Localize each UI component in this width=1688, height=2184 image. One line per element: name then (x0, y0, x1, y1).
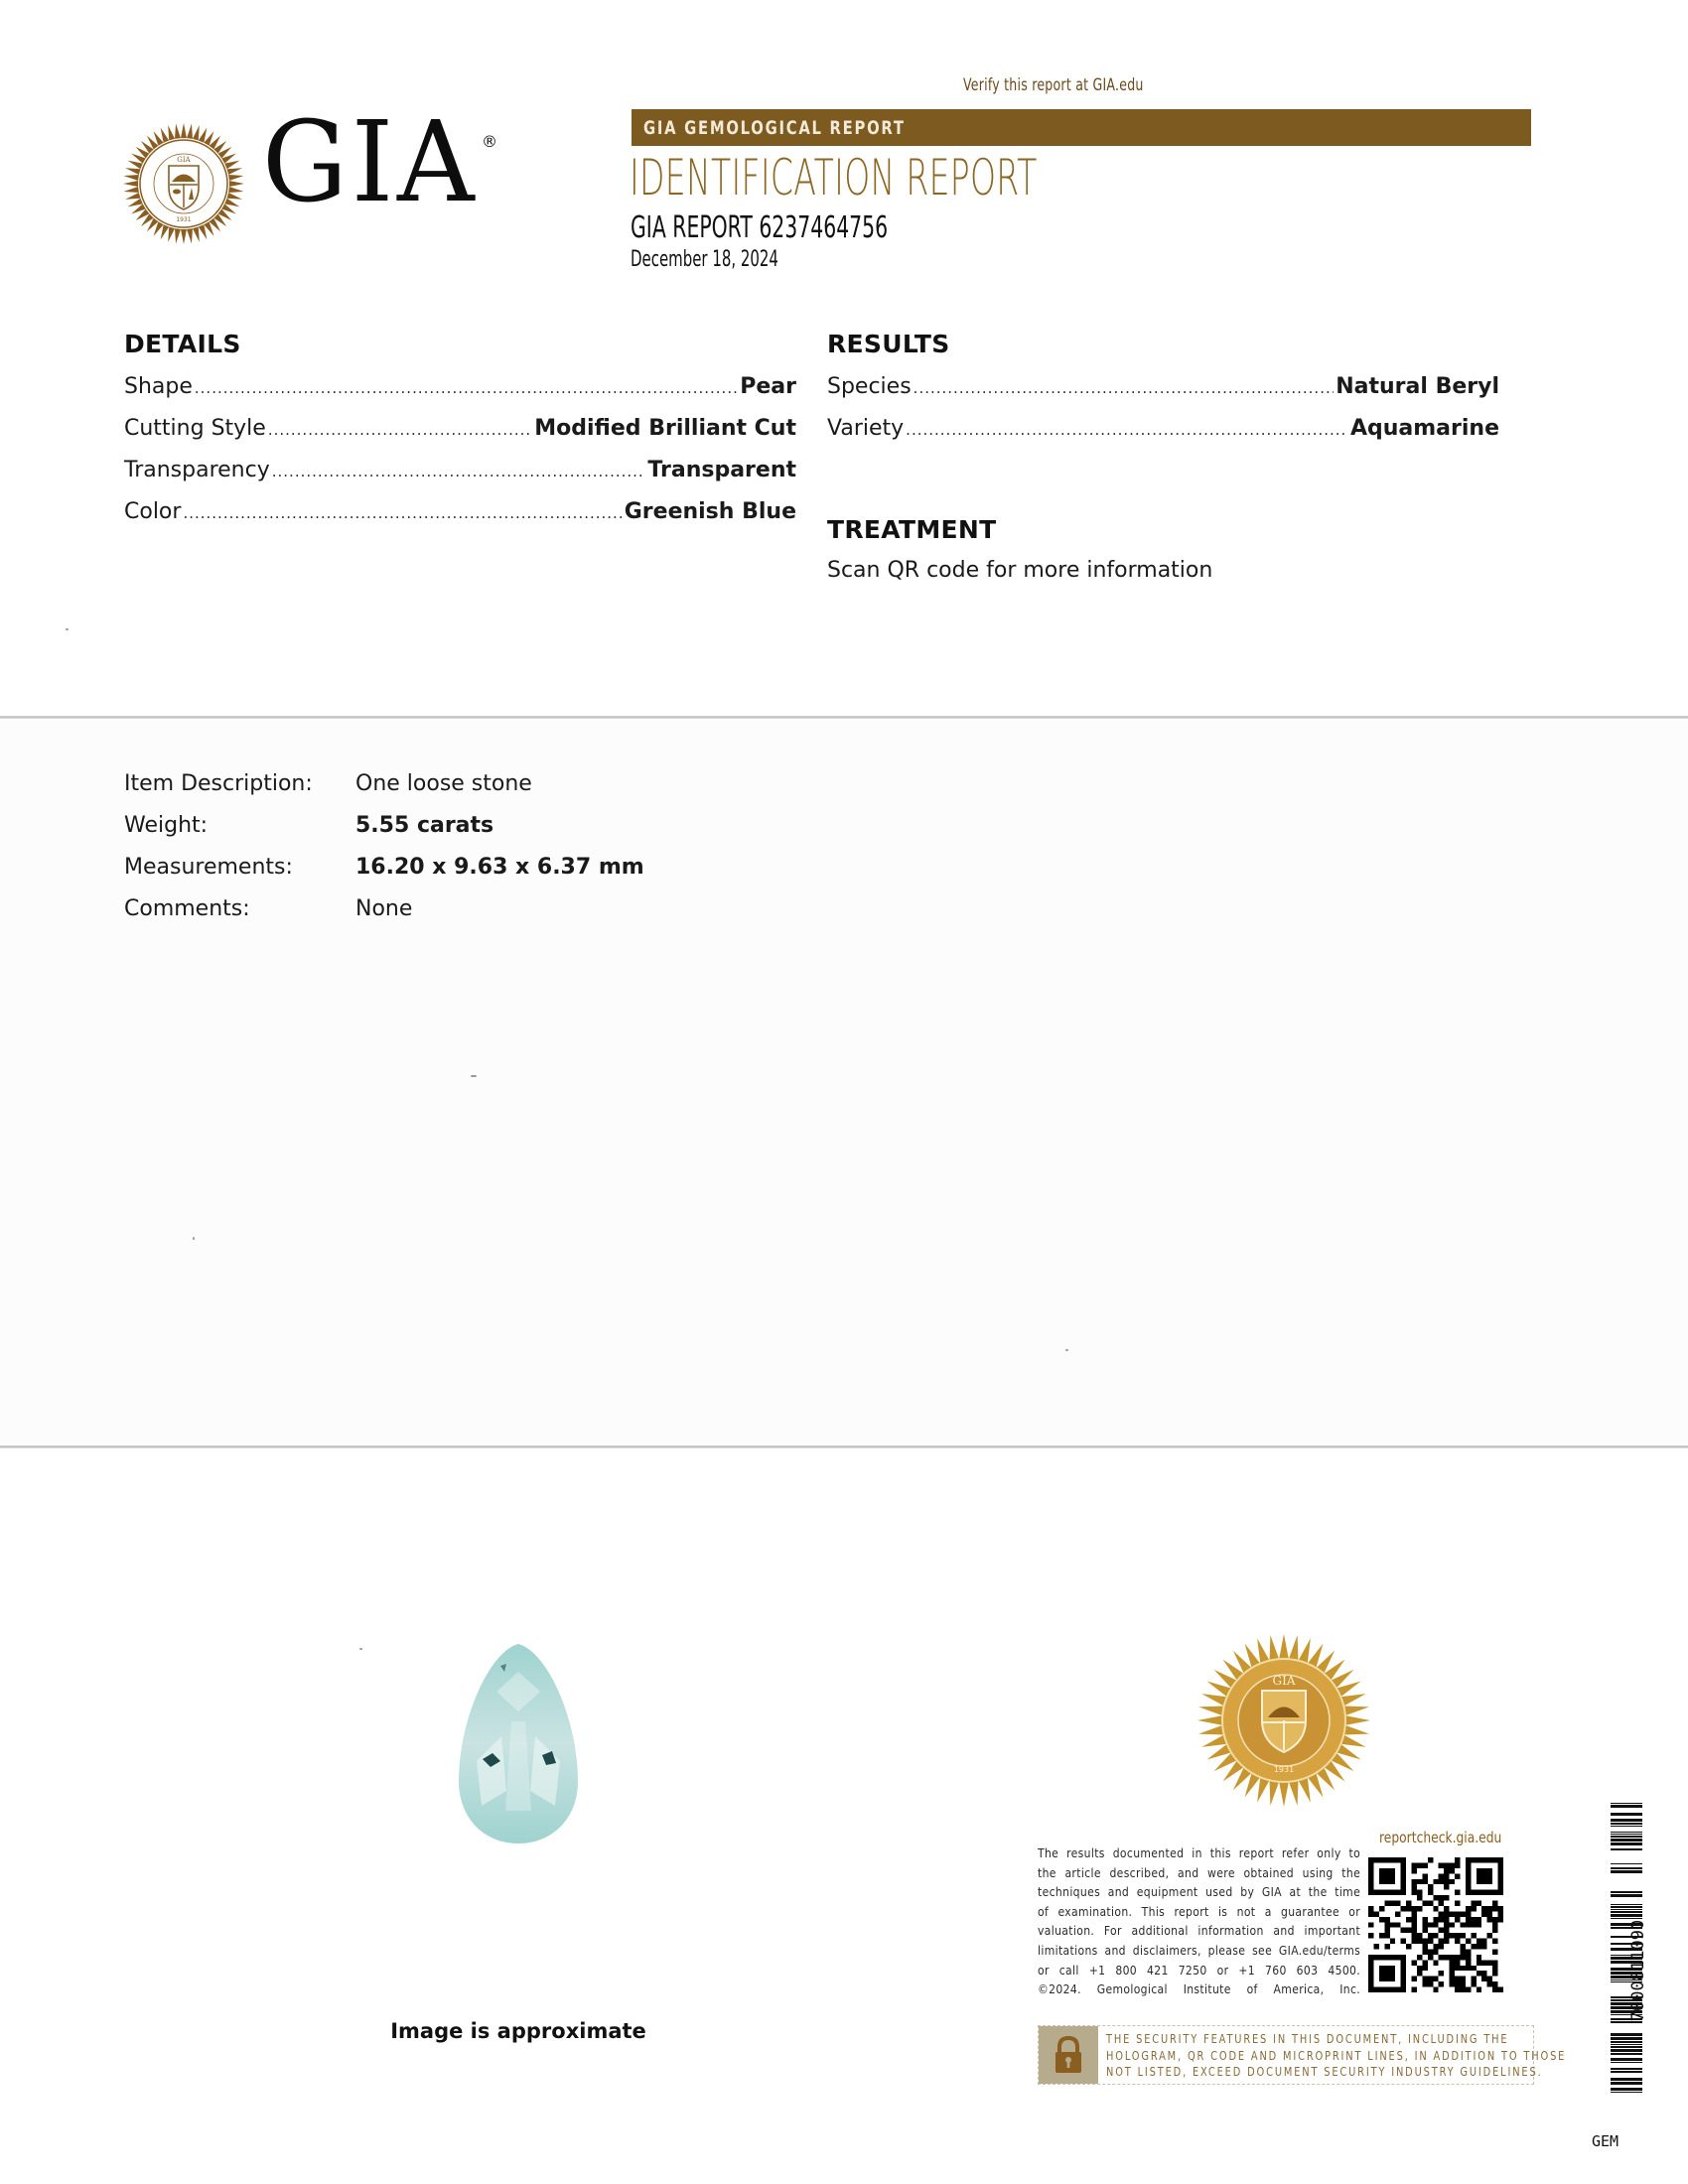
qr-code[interactable] (1368, 1854, 1503, 1995)
legal-line: techniques and equipment used by GIA at … (1038, 1882, 1360, 1902)
item-info-row: Comments:None (124, 896, 412, 921)
field-row-species: Species.................................… (827, 374, 1499, 399)
field-row-cutting-style: Cutting Style...........................… (124, 416, 796, 441)
svg-text:GIA: GIA (1273, 1674, 1296, 1688)
field-row-color: Color...................................… (124, 499, 796, 524)
field-row-variety: Variety.................................… (827, 416, 1499, 441)
dot-leader: ........................................… (914, 379, 1335, 397)
image-caption: Image is approximate (369, 2019, 667, 2043)
fold-line-bottom (0, 1445, 1688, 1448)
security-text: THE SECURITY FEATURES IN THIS DOCUMENT, … (1106, 2031, 1566, 2081)
gemstone-image (457, 1642, 580, 1845)
legal-line: ©2024. Gemological Institute of America,… (1038, 1979, 1360, 1999)
lock-icon-container (1039, 2026, 1098, 2084)
svg-text:GIA: GIA (177, 156, 191, 164)
item-info-label: Comments: (124, 896, 355, 921)
legal-line: or call +1 800 421 7250 or +1 760 603 45… (1038, 1961, 1360, 1980)
paper-speck (471, 1075, 477, 1077)
item-info-label: Item Description: (124, 771, 355, 796)
svg-text:1931: 1931 (176, 216, 191, 223)
dot-leader: ........................................… (906, 421, 1348, 439)
security-line: THE SECURITY FEATURES IN THIS DOCUMENT, … (1106, 2031, 1566, 2048)
treatment-heading: TREATMENT (827, 515, 996, 544)
item-info-row: Measurements:16.20 x 9.63 x 6.37 mm (124, 855, 644, 880)
legal-line: limitations and disclaimers, please see … (1038, 1941, 1360, 1961)
report-banner: GIA GEMOLOGICAL REPORT (632, 109, 1531, 146)
field-value: Greenish Blue (625, 499, 796, 524)
svg-text:1931: 1931 (1274, 1765, 1294, 1774)
field-label: Transparency (124, 458, 270, 482)
item-info-value: 5.55 carats (355, 813, 493, 838)
barcode-number: 7000811090 (1628, 1911, 1648, 2030)
security-line: NOT LISTED, EXCEED DOCUMENT SECURITY IND… (1106, 2064, 1566, 2081)
field-value: Transparent (647, 458, 796, 482)
reportcheck-link[interactable]: reportcheck.gia.edu (1379, 1829, 1501, 1846)
paper-speck (1065, 1349, 1068, 1351)
security-line: HOLOGRAM, QR CODE AND MICROPRINT LINES, … (1106, 2048, 1566, 2065)
results-heading: RESULTS (827, 330, 950, 358)
dot-leader: ........................................… (268, 421, 532, 439)
field-value: Modified Brilliant Cut (534, 416, 796, 441)
field-value: Aquamarine (1350, 416, 1499, 441)
item-info-label: Weight: (124, 813, 355, 838)
gia-wordmark: GIA (262, 107, 479, 218)
report-title: IDENTIFICATION REPORT (630, 149, 1038, 206)
item-info-row: Weight:5.55 carats (124, 813, 493, 838)
registered-mark: ® (482, 132, 497, 151)
legal-disclaimer: The results documented in this report re… (1038, 1843, 1360, 1999)
dot-leader: ........................................… (195, 379, 738, 397)
legal-line: of examination. This report is not a gua… (1038, 1902, 1360, 1922)
field-label: Variety (827, 416, 904, 441)
legal-line: valuation. For additional information an… (1038, 1921, 1360, 1941)
lock-icon (1039, 2026, 1098, 2084)
field-label: Shape (124, 374, 193, 399)
fold-line-top (0, 716, 1688, 719)
dot-leader: ........................................… (272, 463, 646, 480)
field-row-shape: Shape...................................… (124, 374, 796, 399)
verify-link[interactable]: Verify this report at GIA.edu (963, 75, 1144, 95)
gia-seal-logo-icon: GIA 1931 (122, 122, 245, 245)
field-label: Cutting Style (124, 416, 266, 441)
gia-seal-hologram-icon: GIA 1931 (1196, 1633, 1371, 1808)
item-info-value: One loose stone (355, 771, 532, 796)
legal-line: the article described, and were obtained… (1038, 1863, 1360, 1883)
treatment-text: Scan QR code for more information (827, 558, 1212, 583)
field-value: Pear (740, 374, 796, 399)
paper-speck (193, 1237, 195, 1240)
item-info-row: Item Description:One loose stone (124, 771, 532, 796)
field-value: Natural Beryl (1336, 374, 1499, 399)
banner-label: GIA GEMOLOGICAL REPORT (643, 117, 906, 139)
paper-speck (66, 628, 69, 630)
item-info-value: None (355, 896, 412, 921)
field-row-transparency: Transparency............................… (124, 458, 796, 482)
details-heading: DETAILS (124, 330, 241, 358)
paper-speck (359, 1648, 362, 1650)
footer-code: GEM (1592, 2132, 1618, 2150)
security-notice: THE SECURITY FEATURES IN THIS DOCUMENT, … (1038, 2025, 1534, 2085)
report-date: December 18, 2024 (631, 247, 778, 272)
item-info-label: Measurements: (124, 855, 355, 880)
field-label: Color (124, 499, 181, 524)
legal-line: The results documented in this report re… (1038, 1843, 1360, 1863)
item-info-value: 16.20 x 9.63 x 6.37 mm (355, 855, 644, 880)
dot-leader: ........................................… (183, 504, 622, 522)
field-label: Species (827, 374, 912, 399)
report-number: GIA REPORT 6237464756 (631, 210, 888, 245)
